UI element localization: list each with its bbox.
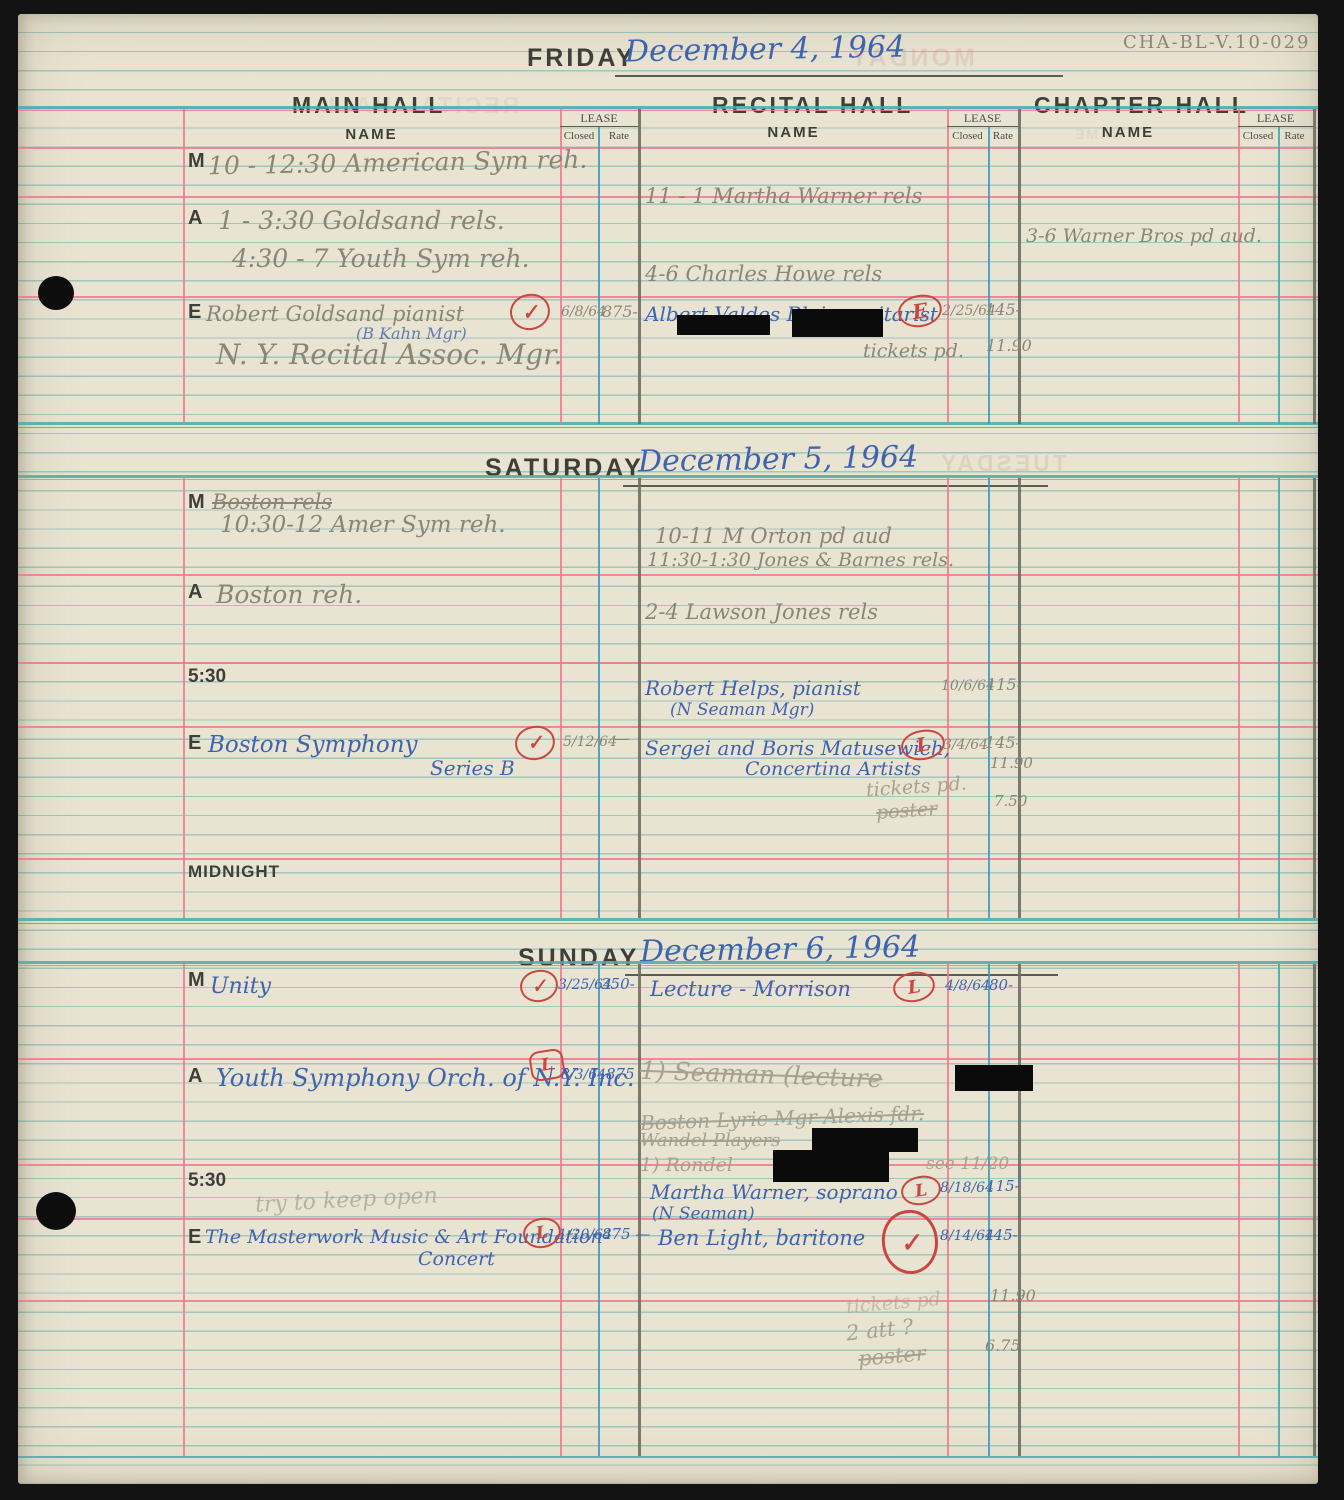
chapter-lease-header: LEASE [1238, 111, 1313, 126]
grid-line [18, 422, 1318, 425]
sunday-recital-afternoon-struck-entry-3: Wandel Players [640, 1130, 780, 1151]
grid-line [18, 726, 1318, 728]
saturday-recital-530-manager-note: (N Seaman Mgr) [670, 700, 814, 720]
saturday-row-label-e: E [188, 732, 201, 755]
date-underline [623, 485, 1048, 487]
friday-row-label-a: A [188, 207, 202, 230]
recital-lease-rate-header: Rate [986, 130, 1020, 142]
friday-row-label-m: M [188, 150, 205, 173]
recital-name-column-header: NAME [640, 124, 947, 141]
grid-line [1238, 126, 1313, 127]
saturday-main-lease-rate: — [612, 728, 630, 749]
grid-line [988, 478, 990, 918]
saturday-main-afternoon-entry: Boston reh. [216, 580, 362, 609]
sunday-recital-evening-check-mark: ✓ [877, 1206, 942, 1278]
sunday-row-label-a: A [188, 1065, 202, 1088]
friday-recital-lease-rate: 145- [985, 300, 1021, 319]
redaction-block [677, 315, 770, 335]
grid-line [1278, 478, 1280, 918]
sunday-recital-morning-entry: Lecture - Morrison [650, 977, 851, 1001]
main-name-column-header: NAME [183, 126, 560, 143]
saturday-recital-lease-rate: 145- [985, 733, 1021, 752]
saturday-row-label-midnight: MIDNIGHT [188, 862, 280, 882]
chapter-lease-closed-header: Closed [1238, 130, 1278, 142]
friday-main-afternoon-entry-2: 4:30 - 7 Youth Sym reh. [232, 244, 530, 273]
sunday-main-afternoon-rate: 875 [606, 1065, 635, 1083]
friday-recital-tickets-amount: 11.90 [986, 336, 1032, 355]
grid-line [18, 574, 1318, 576]
grid-line [18, 858, 1318, 860]
saturday-main-check-mark: ✓ [513, 723, 558, 763]
sunday-recital-attendance-note: 2 att ? [845, 1315, 915, 1346]
grid-line [1278, 964, 1280, 1456]
friday-day-label: FRIDAY [527, 44, 636, 73]
sunday-recital-afternoon-struck-entry-1: 1) Seaman (lecture [640, 1056, 883, 1093]
grid-line [947, 109, 949, 424]
friday-recital-morning-entry: 11 - 1 Martha Warner rels [645, 184, 922, 208]
sunday-recital-530-manager-note: (N Seaman) [652, 1204, 755, 1224]
saturday-main-evening-entry: Boston Symphony [208, 732, 418, 758]
sunday-recital-tickets-note: tickets pd [845, 1288, 941, 1318]
redaction-block [955, 1065, 1033, 1091]
grid-line [183, 478, 185, 918]
date-underline [615, 75, 1063, 77]
sunday-recital-poster-note: poster [857, 1341, 927, 1371]
grid-line [183, 964, 185, 1456]
grid-line [560, 126, 638, 127]
grid-line [947, 126, 1018, 127]
grid-line [183, 109, 185, 424]
grid-line [598, 478, 600, 918]
grid-line [1238, 109, 1240, 424]
main-lease-closed-header: Closed [560, 130, 598, 142]
sunday-main-afternoon-closed-date: 8/3/64 [561, 1067, 606, 1083]
main-lease-header: LEASE [560, 111, 638, 126]
saturday-recital-tickets-amount-1: 11.90 [990, 754, 1033, 772]
grid-line [1278, 127, 1280, 424]
friday-chapter-entry: 3-6 Warner Bros pd aud. [1026, 225, 1262, 247]
grid-line [18, 961, 1318, 964]
sunday-main-evening-rate: 875 — [602, 1225, 650, 1243]
sunday-main-morning-entry: Unity [210, 974, 271, 999]
saturday-recital-lease-closed-date: 3/4/64 [943, 737, 988, 753]
friday-main-lease-closed-date: 6/8/64 [561, 304, 606, 320]
main-lease-rate-header: Rate [600, 130, 638, 142]
recital-lease-closed-header: Closed [947, 130, 988, 142]
grid-line [988, 964, 990, 1456]
friday-date-handwritten: December 4, 1964 [625, 30, 906, 70]
saturday-recital-afternoon-entry: 2-4 Lawson Jones rels [645, 600, 878, 624]
saturday-main-lease-closed-date: 5/12/64 [563, 734, 617, 750]
grid-line [1313, 478, 1316, 918]
sunday-recital-poster-amount: 6.75 [985, 1336, 1021, 1355]
sunday-recital-530-entry: Martha Warner, soprano [650, 1180, 898, 1204]
bleedthrough-text: TUESDAY [938, 450, 1067, 477]
friday-recital-tickets-note: tickets pd. [863, 340, 964, 362]
saturday-row-label-530: 5:30 [188, 666, 226, 688]
sunday-row-label-530: 5:30 [188, 1170, 226, 1192]
sunday-recital-tickets-amount: 11.90 [990, 1286, 1036, 1305]
grid-line [18, 147, 1318, 149]
grid-line [18, 475, 1318, 478]
sunday-row-label-e: E [188, 1226, 201, 1249]
saturday-recital-530-rate: 115- [986, 675, 1022, 694]
sunday-main-morning-rate: 350- [601, 975, 635, 993]
grid-line [18, 479, 1318, 481]
friday-recital-afternoon-entry: 4-6 Charles Howe rels [645, 262, 882, 286]
friday-main-lease-rate: 875- [602, 302, 638, 321]
punch-hole [38, 276, 74, 310]
chapter-name-column-header: NAME [1018, 124, 1238, 141]
punch-hole [36, 1192, 76, 1230]
grid-line [1018, 964, 1021, 1456]
sunday-recital-morning-closed-date: 4/8/64 [945, 978, 990, 994]
grid-line [638, 109, 641, 424]
saturday-main-morning-struck-entry: Boston rels [212, 490, 332, 514]
grid-line [1018, 478, 1021, 918]
grid-line [988, 127, 990, 424]
grid-line [18, 296, 1318, 298]
grid-line [18, 110, 1318, 112]
grid-line [638, 478, 641, 918]
saturday-recital-poster-note: poster [875, 798, 938, 824]
saturday-recital-530-entry: Robert Helps, pianist [645, 676, 861, 700]
grid-line [18, 1300, 1318, 1302]
saturday-recital-morning-entry-2: 11:30-1:30 Jones & Barnes rels. [647, 549, 954, 571]
grid-line [1313, 964, 1316, 1456]
saturday-recital-morning-entry-1: 10-11 M Orton pd aud [655, 524, 892, 548]
grid-line [947, 478, 949, 918]
sunday-day-label: SUNDAY [518, 944, 639, 973]
friday-row-label-e: E [188, 301, 201, 324]
grid-line [1018, 109, 1021, 424]
grid-line [18, 918, 1318, 921]
friday-main-evening-entry-2: N. Y. Recital Assoc. Mgr. [216, 338, 562, 371]
grid-line [18, 662, 1318, 664]
sunday-recital-evening-entry: Ben Light, baritone [658, 1226, 865, 1250]
sunday-recital-morning-rate: 80- [989, 976, 1013, 994]
saturday-date-handwritten: December 5, 1964 [638, 440, 919, 480]
chapter-lease-rate-header: Rate [1276, 130, 1313, 142]
sunday-recital-afternoon-entry-4: 1) Rondel [640, 1154, 733, 1176]
saturday-row-label-a: A [188, 581, 202, 604]
grid-line [947, 964, 949, 1456]
sunday-recital-530-l-mark: L [899, 1173, 943, 1208]
sunday-row-label-m: M [188, 969, 205, 992]
grid-line [1238, 964, 1240, 1456]
grid-line [598, 964, 600, 1456]
grid-line [18, 923, 1318, 924]
recital-lease-header: LEASE [947, 111, 1018, 126]
grid-line [1238, 478, 1240, 918]
sunday-main-keep-open-note: try to keep open [254, 1183, 438, 1218]
scanned-ledger-page: MONDAY RECITAL HALL NAME TUESDAY CHA-BL-… [0, 0, 1344, 1500]
grid-line [18, 965, 1318, 967]
sunday-recital-530-rate: 115- [986, 1177, 1020, 1195]
redaction-block [773, 1150, 889, 1182]
sunday-main-evening-entry-2: Concert [418, 1248, 495, 1270]
grid-line [18, 106, 1318, 109]
sunday-recital-evening-rate: 145- [984, 1226, 1018, 1244]
grid-line [18, 1456, 1318, 1458]
sunday-recital-afternoon-see-note: see 11/20 [926, 1154, 1009, 1174]
saturday-row-label-m: M [188, 491, 205, 514]
reference-code: CHA-BL-V.10-029 [1123, 32, 1310, 53]
saturday-main-evening-series-note: Series B [430, 756, 515, 780]
grid-line [560, 964, 562, 1456]
redaction-block [812, 1128, 918, 1152]
saturday-main-morning-entry: 10:30-12 Amer Sym reh. [220, 512, 506, 538]
friday-main-morning-entry: 10 - 12:30 American Sym reh. [208, 145, 588, 181]
redaction-block [792, 309, 883, 337]
saturday-recital-poster-amount: 7.50 [994, 792, 1027, 810]
grid-line [638, 964, 641, 1456]
friday-main-afternoon-entry-1: 1 - 3:30 Goldsand rels. [218, 206, 505, 235]
grid-line [1313, 109, 1316, 424]
grid-line [560, 478, 562, 918]
friday-main-evening-entry: Robert Goldsand pianist [206, 302, 464, 326]
grid-line [598, 127, 600, 424]
ledger-paper: MONDAY RECITAL HALL NAME TUESDAY CHA-BL-… [18, 14, 1318, 1484]
grid-line [18, 427, 1318, 428]
